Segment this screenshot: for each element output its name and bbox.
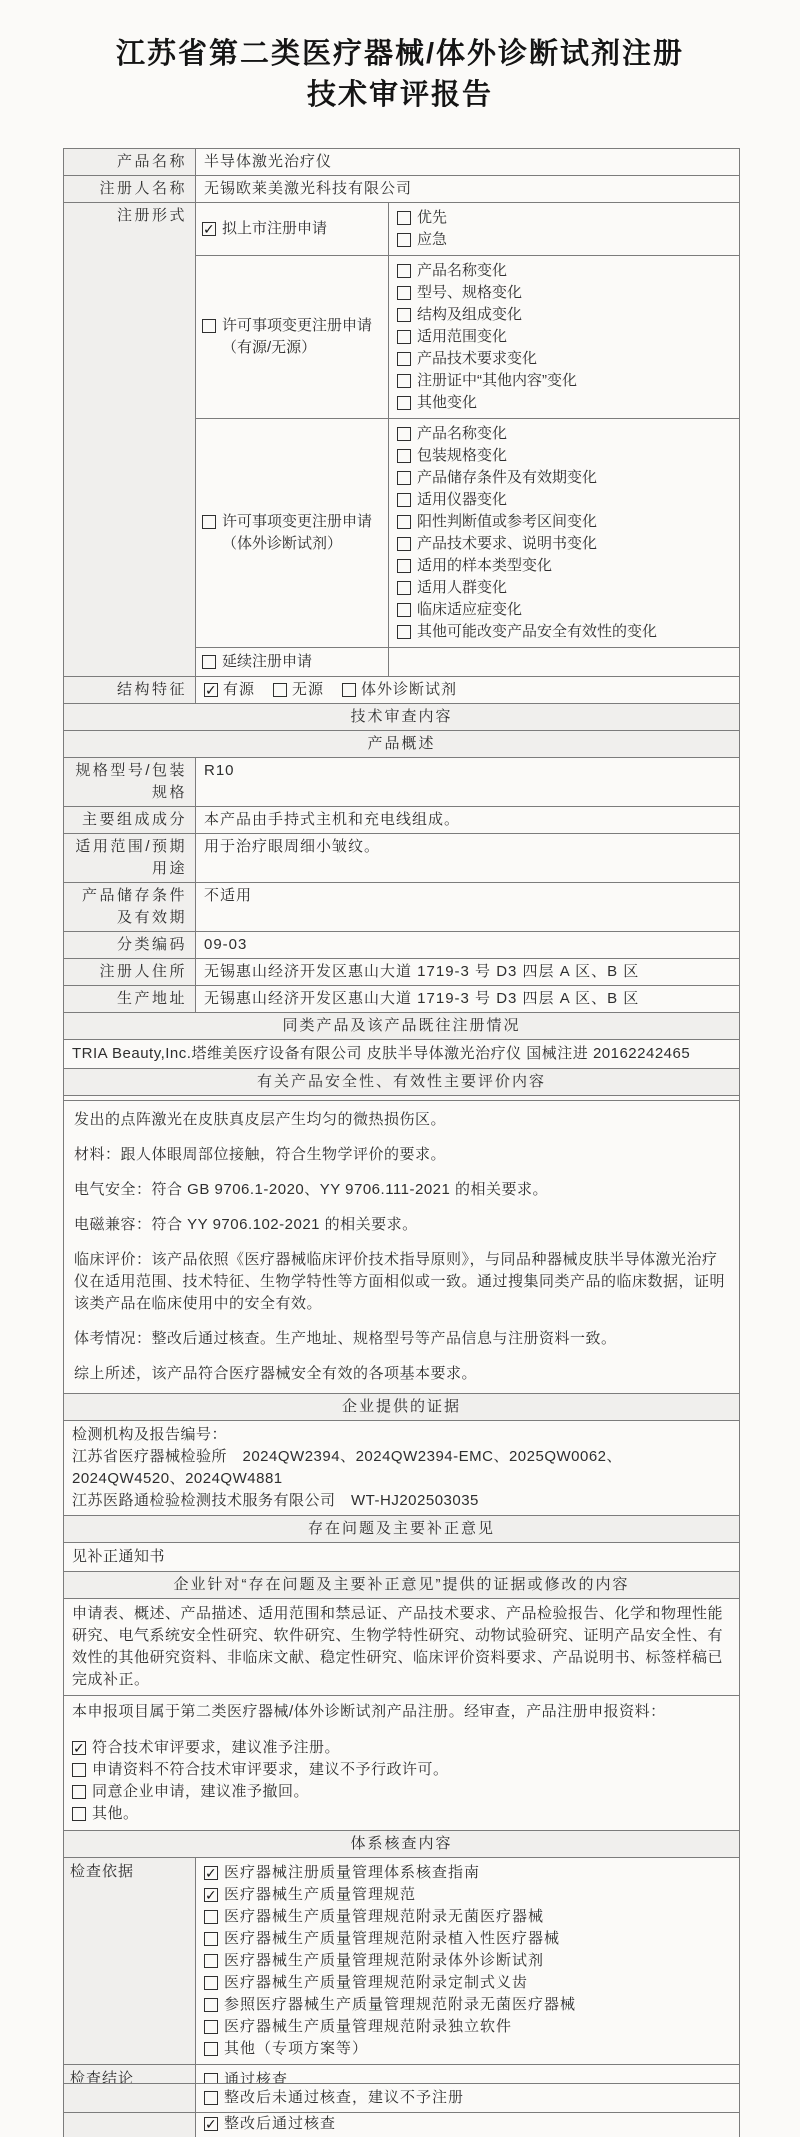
review-content-header: 技术审查内容 — [64, 704, 739, 730]
checkbox-label: 产品储存条件及有效期变化 — [417, 467, 597, 489]
checkbox-unchecked-icon[interactable] — [397, 330, 411, 344]
checkbox-option: 医疗器械生产质量管理规范附录体外诊断试剂 — [204, 1950, 731, 1972]
checkbox-option: 应急 — [397, 229, 731, 251]
table-row-evaluation-text: 发出的点阵激光在皮肤真皮层产生均匀的微热损伤区。材料：跟人体眼周部位接触，符合生… — [64, 1101, 739, 1394]
checkbox-option: 医疗器械生产质量管理规范 — [204, 1884, 731, 1906]
checkbox-label: 整改后未通过核查，建议不予注册 — [224, 2087, 464, 2109]
checkbox-option: 其他变化 — [397, 392, 731, 414]
checkbox-unchecked-icon[interactable] — [397, 427, 411, 441]
checkbox-unchecked-icon[interactable] — [397, 308, 411, 322]
checkbox-label: 其他。 — [92, 1803, 139, 1825]
checkbox-label: 医疗器械生产质量管理规范附录体外诊断试剂 — [224, 1950, 544, 1972]
checkbox-unchecked-icon[interactable] — [397, 396, 411, 410]
checkbox-label: 同意企业申请，建议准予撤回。 — [92, 1781, 309, 1803]
checkbox-option: 产品技术要求变化 — [397, 348, 731, 370]
checkbox-label: 产品名称变化 — [417, 423, 507, 445]
text-line: 江苏医路通检验检测技术服务有限公司 WT-HJ202503035 — [72, 1490, 731, 1512]
evidence-lines: 检测机构及报告编号：江苏省医疗器械检验所 2024QW2394、2024QW23… — [64, 1421, 739, 1515]
checkbox-unchecked-icon[interactable] — [397, 449, 411, 463]
change-active-option: 许可事项变更注册申请（有源/无源） — [196, 256, 389, 418]
checkbox-unchecked-icon[interactable] — [397, 374, 411, 388]
checkbox-label: 适用仪器变化 — [417, 489, 507, 511]
checkbox-option: 产品储存条件及有效期变化 — [397, 467, 731, 489]
checkbox-unchecked-icon[interactable] — [397, 233, 411, 247]
main-components-value: 本产品由手持式主机和充电线组成。 — [196, 807, 739, 833]
checkbox-label: 适用范围变化 — [417, 326, 507, 348]
document-title-line1: 江苏省第二类医疗器械/体外诊断试剂注册 — [0, 34, 800, 75]
checkbox-label: 参照医疗器械生产质量管理规范附录无菌医疗器械 — [224, 1994, 576, 2016]
checkbox-option: 整改后未通过核查，建议不予注册 — [204, 2087, 731, 2109]
review-conclusion-options: 符合技术审评要求，建议准予注册。申请资料不符合技术审评要求，建议不予行政许可。同… — [72, 1737, 731, 1825]
registrant-address-label: 注册人住所 — [64, 959, 196, 985]
table-row-review-conclusion: 本申报项目属于第二类医疗器械/体外诊断试剂产品注册。经审查，产品注册申报资料： … — [64, 1696, 739, 1831]
checkbox-option: 医疗器械生产质量管理规范附录独立软件 — [204, 2016, 731, 2038]
checkbox-option: 拟上市注册申请 — [202, 218, 327, 240]
checkbox-label: 申请资料不符合技术审评要求，建议不予行政许可。 — [92, 1759, 449, 1781]
checkbox-option: 型号、规格变化 — [397, 282, 731, 304]
evaluation-paragraphs: 发出的点阵激光在皮肤真皮层产生均匀的微热损伤区。材料：跟人体眼周部位接触，符合生… — [64, 1101, 739, 1393]
checkbox-label: 医疗器械注册质量管理体系核查指南 — [224, 1862, 480, 1884]
checkbox-label: 产品名称变化 — [417, 260, 507, 282]
checkbox-unchecked-icon[interactable] — [397, 352, 411, 366]
table-row-registrant-address: 注册人住所 无锡惠山经济开发区惠山大道 1719-3 号 D3 四层 A 区、B… — [64, 959, 739, 986]
change-active-suboptions: 产品名称变化型号、规格变化结构及组成变化适用范围变化产品技术要求变化注册证中“其… — [389, 256, 739, 418]
registration-info-table: 产品名称 半导体激光治疗仪 注册人名称 无锡欧莱美激光科技有限公司 注册形式 拟… — [63, 148, 740, 1147]
change-ivd-suboptions: 产品名称变化包装规格变化产品储存条件及有效期变化适用仪器变化阳性判断值或参考区间… — [389, 419, 739, 647]
checkbox-option: 注册证中“其他内容”变化 — [397, 370, 731, 392]
renewal-empty-cell — [389, 648, 739, 676]
checkbox-option: 其他。 — [72, 1803, 731, 1825]
checkbox-option: 阳性判断值或参考区间变化 — [397, 511, 731, 533]
section-header-system-check: 体系核查内容 — [64, 1831, 739, 1858]
checkbox-label: 其他变化 — [417, 392, 477, 414]
document-title-line2: 技术审评报告 — [0, 75, 800, 116]
registration-form-group-change-active: 许可事项变更注册申请（有源/无源） 产品名称变化型号、规格变化结构及组成变化适用… — [196, 256, 739, 419]
safety-evaluation-header: 有关产品安全性、有效性主要评价内容 — [64, 1069, 739, 1095]
checkbox-option: 产品技术要求、说明书变化 — [397, 533, 731, 555]
checkbox-label: 阳性判断值或参考区间变化 — [417, 511, 597, 533]
checkbox-option: 适用范围变化 — [397, 326, 731, 348]
section-header-issues: 存在问题及主要补正意见 — [64, 1516, 739, 1543]
table-row-fragment: 整改后未通过核查，建议不予注册 — [64, 2084, 739, 2112]
checkbox-label: 整改后通过核查 — [224, 2113, 336, 2135]
checkbox-unchecked-icon[interactable] — [397, 537, 411, 551]
checkbox-option: 许可事项变更注册申请（体外诊断试剂） — [202, 511, 382, 555]
checkbox-option: 产品名称变化 — [397, 423, 731, 445]
checkbox-unchecked-icon[interactable] — [397, 471, 411, 485]
checkbox-checked-icon[interactable] — [204, 1888, 218, 1902]
checkbox-unchecked-icon[interactable] — [342, 683, 356, 697]
section-header-corrections: 企业针对“存在问题及主要补正意见”提供的证据或修改的内容 — [64, 1572, 739, 1599]
checkbox-unchecked-icon[interactable] — [397, 264, 411, 278]
similar-products-header: 同类产品及该产品既往注册情况 — [64, 1013, 739, 1039]
checkbox-label: 产品技术要求、说明书变化 — [417, 533, 597, 555]
production-address-value: 无锡惠山经济开发区惠山大道 1719-3 号 D3 四层 A 区、B 区 — [196, 986, 739, 1012]
checkbox-label: 医疗器械生产质量管理规范附录无菌医疗器械 — [224, 1906, 544, 1928]
checkbox-unchecked-icon[interactable] — [204, 1976, 218, 1990]
checkbox-label: 适用的样本类型变化 — [417, 555, 552, 577]
fragment-empty-label-cell — [64, 2084, 196, 2112]
table-row-spec-model: 规格型号/包装规格 R10 — [64, 758, 739, 807]
checkbox-unchecked-icon[interactable] — [397, 211, 411, 225]
document-title: 江苏省第二类医疗器械/体外诊断试剂注册 技术审评报告 — [0, 34, 800, 116]
checkbox-label: 体外诊断试剂 — [361, 679, 457, 701]
evaluation-paragraph: 体考情况：整改后通过核查。生产地址、规格型号等产品信息与注册资料一致。 — [74, 1328, 729, 1350]
checkbox-unchecked-icon[interactable] — [204, 2020, 218, 2034]
checkbox-label: 其他（专项方案等） — [224, 2038, 368, 2060]
review-conclusion-intro: 本申报项目属于第二类医疗器械/体外诊断试剂产品注册。经审查，产品注册申报资料： — [72, 1701, 731, 1723]
structure-feature-label: 结构特征 — [64, 677, 196, 703]
production-address-label: 生产地址 — [64, 986, 196, 1012]
evaluation-paragraph: 电磁兼容：符合 YY 9706.102-2021 的相关要求。 — [74, 1214, 729, 1236]
checkbox-label: 许可事项变更注册申请（有源/无源） — [222, 315, 382, 359]
checkbox-unchecked-icon[interactable] — [72, 1763, 86, 1777]
checkbox-label: 延续注册申请 — [222, 651, 312, 673]
checkbox-option: 医疗器械生产质量管理规范附录无菌医疗器械 — [204, 1906, 731, 1928]
table-row-scope: 适用范围/预期用途 用于治疗眼周细小皱纹。 — [64, 834, 739, 883]
section-header-overview: 产品概述 — [64, 731, 739, 758]
registrant-address-value: 无锡惠山经济开发区惠山大道 1719-3 号 D3 四层 A 区、B 区 — [196, 959, 739, 985]
checkbox-label: 医疗器械生产质量管理规范附录独立软件 — [224, 2016, 512, 2038]
spec-model-label: 规格型号/包装规格 — [64, 758, 196, 806]
issues-value: 见补正通知书 — [64, 1543, 739, 1571]
corrections-header: 企业针对“存在问题及主要补正意见”提供的证据或修改的内容 — [64, 1572, 739, 1598]
checkbox-label: 符合技术审评要求，建议准予注册。 — [92, 1737, 340, 1759]
checkbox-option: 其他（专项方案等） — [204, 2038, 731, 2060]
checkbox-unchecked-icon[interactable] — [397, 515, 411, 529]
checkbox-unchecked-icon[interactable] — [204, 1932, 218, 1946]
product-overview-header: 产品概述 — [64, 731, 739, 757]
checkbox-unchecked-icon[interactable] — [397, 559, 411, 573]
checkbox-label: 有源 — [223, 679, 255, 701]
checkbox-checked-icon[interactable] — [204, 2117, 218, 2131]
corrections-value: 申请表、概述、产品描述、适用范围和禁忌证、产品技术要求、产品检验报告、化学和物理… — [64, 1599, 739, 1695]
table-row-corrections: 申请表、概述、产品描述、适用范围和禁忌证、产品技术要求、产品检验报告、化学和物理… — [64, 1599, 739, 1696]
checkbox-option: 延续注册申请 — [202, 651, 312, 673]
checkbox-option: 申请资料不符合技术审评要求，建议不予行政许可。 — [72, 1759, 731, 1781]
checkbox-label: 拟上市注册申请 — [222, 218, 327, 240]
checkbox-checked-icon[interactable] — [202, 222, 216, 236]
table-row-registration-form: 注册形式 拟上市注册申请 优先应急 许可事项变更注册申请（有源/无源） 产品名称… — [64, 203, 739, 677]
registration-form-label: 注册形式 — [64, 203, 196, 676]
checkbox-label: 医疗器械生产质量管理规范 — [224, 1884, 416, 1906]
checkbox-option: 许可事项变更注册申请（有源/无源） — [202, 315, 382, 359]
evaluation-paragraph: 发出的点阵激光在皮肤真皮层产生均匀的微热损伤区。 — [74, 1109, 729, 1131]
system-check-header: 体系核查内容 — [64, 1831, 739, 1857]
table-row-inspection-basis: 检查依据 医疗器械注册质量管理体系核查指南医疗器械生产质量管理规范医疗器械生产质… — [64, 1858, 739, 2065]
registration-form-groups: 拟上市注册申请 优先应急 许可事项变更注册申请（有源/无源） 产品名称变化型号、… — [196, 203, 739, 676]
checkbox-unchecked-icon[interactable] — [204, 1998, 218, 2012]
checkbox-checked-icon[interactable] — [204, 683, 218, 697]
main-components-label: 主要组成成分 — [64, 807, 196, 833]
evaluation-paragraph: 综上所述，该产品符合医疗器械安全有效的各项基本要求。 — [74, 1363, 729, 1385]
issues-header: 存在问题及主要补正意见 — [64, 1516, 739, 1542]
checkbox-option: 适用人群变化 — [397, 577, 731, 599]
table-row-class-code: 分类编码 09-03 — [64, 932, 739, 959]
section-header-review: 技术审查内容 — [64, 704, 739, 731]
checkbox-option: 包装规格变化 — [397, 445, 731, 467]
spacer — [72, 1723, 731, 1737]
checkbox-label: 适用人群变化 — [417, 577, 507, 599]
checkbox-label: 医疗器械生产质量管理规范附录定制式义齿 — [224, 1972, 528, 1994]
checkbox-option: 临床适应症变化 — [397, 599, 731, 621]
checkbox-unchecked-icon[interactable] — [72, 1785, 86, 1799]
checkbox-checked-icon[interactable] — [72, 1741, 86, 1755]
checkbox-option: 适用仪器变化 — [397, 489, 731, 511]
checkbox-unchecked-icon[interactable] — [397, 581, 411, 595]
checkbox-option: 有源 — [204, 679, 255, 701]
checkbox-label: 其他可能改变产品安全有效性的变化 — [417, 621, 657, 643]
fragment-option: 整改后未通过核查，建议不予注册 — [196, 2084, 739, 2112]
market-application-suboptions: 优先应急 — [389, 203, 739, 255]
registrant-name-value: 无锡欧莱美激光科技有限公司 — [196, 176, 739, 202]
registration-form-group-renewal: 延续注册申请 — [196, 648, 739, 676]
checkbox-unchecked-icon[interactable] — [397, 286, 411, 300]
table-row-production-address: 生产地址 无锡惠山经济开发区惠山大道 1719-3 号 D3 四层 A 区、B … — [64, 986, 739, 1013]
checkbox-label: 包装规格变化 — [417, 445, 507, 467]
checkbox-option: 无源 — [273, 679, 324, 701]
checkbox-option: 医疗器械生产质量管理规范附录定制式义齿 — [204, 1972, 731, 1994]
checkbox-option: 产品名称变化 — [397, 260, 731, 282]
market-application-option: 拟上市注册申请 — [196, 203, 389, 255]
checkbox-option: 优先 — [397, 207, 731, 229]
section-header-evidence: 企业提供的证据 — [64, 1394, 739, 1421]
evidence-header: 企业提供的证据 — [64, 1394, 739, 1420]
checkbox-label: 许可事项变更注册申请（体外诊断试剂） — [222, 511, 382, 555]
checkbox-unchecked-icon[interactable] — [202, 515, 216, 529]
checkbox-unchecked-icon[interactable] — [72, 1807, 86, 1821]
checkbox-option: 同意企业申请，建议准予撤回。 — [72, 1781, 731, 1803]
section-header-similar: 同类产品及该产品既往注册情况 — [64, 1013, 739, 1040]
table-row-main-components: 主要组成成分 本产品由手持式主机和充电线组成。 — [64, 807, 739, 834]
continuation-fragment-table: 整改后未通过核查，建议不予注册 — [63, 2083, 740, 2113]
checkbox-option: 体外诊断试剂 — [342, 679, 457, 701]
checkbox-label: 结构及组成变化 — [417, 304, 522, 326]
checkbox-label: 产品技术要求变化 — [417, 348, 537, 370]
checkbox-unchecked-icon[interactable] — [204, 2091, 218, 2105]
class-code-label: 分类编码 — [64, 932, 196, 958]
table-row-structure-feature: 结构特征 有源无源体外诊断试剂 — [64, 677, 739, 704]
evaluation-paragraph: 材料：跟人体眼周部位接触，符合生物学评价的要求。 — [74, 1144, 729, 1166]
table-row-storage: 产品储存条件及有效期 不适用 — [64, 883, 739, 932]
product-name-label: 产品名称 — [64, 149, 196, 175]
checkbox-unchecked-icon[interactable] — [204, 1910, 218, 1924]
checkbox-unchecked-icon[interactable] — [397, 625, 411, 639]
checkbox-label: 医疗器械生产质量管理规范附录植入性医疗器械 — [224, 1928, 560, 1950]
inspection-basis-options: 医疗器械注册质量管理体系核查指南医疗器械生产质量管理规范医疗器械生产质量管理规范… — [196, 1858, 739, 2064]
checkbox-option: 医疗器械注册质量管理体系核查指南 — [204, 1862, 731, 1884]
checkbox-option: 适用的样本类型变化 — [397, 555, 731, 577]
spec-model-value: R10 — [196, 758, 739, 806]
checkbox-option: 整改后通过核查 — [204, 2113, 731, 2135]
change-ivd-option: 许可事项变更注册申请（体外诊断试剂） — [196, 419, 389, 647]
review-conclusion-cell: 本申报项目属于第二类医疗器械/体外诊断试剂产品注册。经审查，产品注册申报资料： … — [64, 1696, 739, 1830]
checkbox-option: 符合技术审评要求，建议准予注册。 — [72, 1737, 731, 1759]
storage-label: 产品储存条件及有效期 — [64, 883, 196, 931]
checkbox-unchecked-icon[interactable] — [204, 1954, 218, 1968]
table-row-similar-products: TRIA Beauty,Inc.塔维美医疗设备有限公司 皮肤半导体激光治疗仪 国… — [64, 1040, 739, 1069]
checkbox-label: 临床适应症变化 — [417, 599, 522, 621]
product-name-value: 半导体激光治疗仪 — [196, 149, 739, 175]
text-line: 江苏省医疗器械检验所 2024QW2394、2024QW2394-EMC、202… — [72, 1446, 731, 1490]
storage-value: 不适用 — [196, 883, 739, 931]
checkbox-option: 医疗器械生产质量管理规范附录植入性医疗器械 — [204, 1928, 731, 1950]
checkbox-unchecked-icon[interactable] — [397, 603, 411, 617]
checkbox-label: 应急 — [417, 229, 447, 251]
scope-value: 用于治疗眼周细小皱纹。 — [196, 834, 739, 882]
registrant-name-label: 注册人名称 — [64, 176, 196, 202]
checkbox-unchecked-icon[interactable] — [204, 2042, 218, 2056]
scope-label: 适用范围/预期用途 — [64, 834, 196, 882]
checkbox-label: 优先 — [417, 207, 447, 229]
checkbox-option: 结构及组成变化 — [397, 304, 731, 326]
section-header-safety: 有关产品安全性、有效性主要评价内容 — [64, 1069, 739, 1096]
checkbox-unchecked-icon[interactable] — [273, 683, 287, 697]
evaluation-paragraph: 电气安全：符合 GB 9706.1-2020、YY 9706.111-2021 … — [74, 1179, 729, 1201]
evaluation-table: 发出的点阵激光在皮肤真皮层产生均匀的微热损伤区。材料：跟人体眼周部位接触，符合生… — [63, 1100, 740, 2137]
table-row-registrant-name: 注册人名称 无锡欧莱美激光科技有限公司 — [64, 176, 739, 203]
checkbox-option: 其他可能改变产品安全有效性的变化 — [397, 621, 731, 643]
structure-feature-options: 有源无源体外诊断试剂 — [196, 677, 739, 703]
table-row-issues: 见补正通知书 — [64, 1543, 739, 1572]
checkbox-unchecked-icon[interactable] — [202, 319, 216, 333]
class-code-value: 09-03 — [196, 932, 739, 958]
evaluation-paragraph: 临床评价：该产品依照《医疗器械临床评价技术指导原则》，与同品种器械皮肤半导体激光… — [74, 1249, 729, 1315]
inspection-basis-label: 检查依据 — [64, 1858, 196, 2064]
checkbox-label: 型号、规格变化 — [417, 282, 522, 304]
report-page: 江苏省第二类医疗器械/体外诊断试剂注册 技术审评报告 产品名称 半导体激光治疗仪… — [0, 0, 800, 2137]
checkbox-label: 无源 — [292, 679, 324, 701]
checkbox-option: 参照医疗器械生产质量管理规范附录无菌医疗器械 — [204, 1994, 731, 2016]
table-row-product-name: 产品名称 半导体激光治疗仪 — [64, 149, 739, 176]
similar-products-value: TRIA Beauty,Inc.塔维美医疗设备有限公司 皮肤半导体激光治疗仪 国… — [64, 1040, 739, 1068]
checkbox-checked-icon[interactable] — [204, 1866, 218, 1880]
checkbox-unchecked-icon[interactable] — [397, 493, 411, 507]
renewal-application-option: 延续注册申请 — [196, 648, 389, 676]
text-line: 检测机构及报告编号： — [72, 1424, 731, 1446]
table-row-evidence: 检测机构及报告编号：江苏省医疗器械检验所 2024QW2394、2024QW23… — [64, 1421, 739, 1516]
registration-form-group-market: 拟上市注册申请 优先应急 — [196, 203, 739, 256]
registration-form-group-change-ivd: 许可事项变更注册申请（体外诊断试剂） 产品名称变化包装规格变化产品储存条件及有效… — [196, 419, 739, 648]
checkbox-label: 注册证中“其他内容”变化 — [417, 370, 577, 392]
checkbox-unchecked-icon[interactable] — [202, 655, 216, 669]
